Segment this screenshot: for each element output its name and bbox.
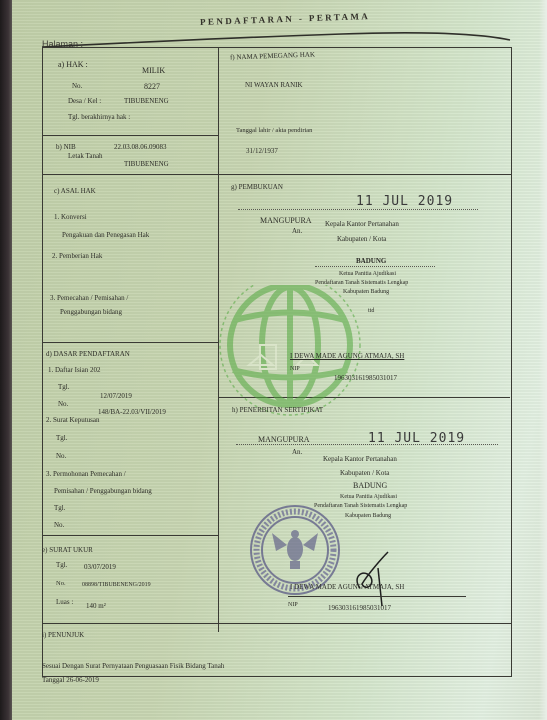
divider-row-i bbox=[42, 623, 512, 624]
pembukuan-an: An. bbox=[292, 227, 302, 235]
asal-konversi-value: Pengakuan dan Penegasan Hak bbox=[62, 231, 149, 239]
dasar-heading: d) DASAR PENDAFTARAN bbox=[46, 350, 130, 358]
nib-value: 22.03.08.06.09083 bbox=[114, 143, 167, 151]
pembukuan-official-name: I DEWA MADE AGUNG ATMAJA, SH bbox=[290, 352, 404, 360]
keputusan-tgl-label: Tgl. bbox=[56, 434, 67, 442]
penerbitan-kabupaten: BADUNG bbox=[353, 481, 387, 490]
penerbitan-ketua-line1: Ketua Panitia Ajudikasi bbox=[340, 494, 397, 500]
pembukuan-ketua-line2: Pendaftaran Tanah Sistematis Lengkap bbox=[315, 280, 408, 286]
asal-item-pemberian: 2. Pemberian Hak bbox=[52, 252, 102, 260]
pembukuan-dotted-line bbox=[238, 209, 478, 210]
penerbitan-an: An. bbox=[292, 448, 302, 456]
hak-no-label: No. bbox=[72, 82, 82, 90]
letak-label: Letak Tanah bbox=[68, 152, 103, 160]
keputusan-no-label: No. bbox=[56, 452, 66, 460]
penunjuk-heading: i) PENUNJUK bbox=[42, 631, 84, 639]
penerbitan-heading: h) PENERBITAN SERTIPIKAT bbox=[232, 406, 323, 414]
hak-heading: a) HAK : bbox=[58, 60, 88, 69]
penunjuk-line2: Tanggal 26-06-2019 bbox=[42, 676, 99, 684]
surat-ukur-no-label: No. bbox=[56, 580, 66, 587]
pembukuan-office-line1: Kepala Kantor Pertanahan bbox=[325, 220, 399, 228]
tgl-berakhir-label: Tgl. berakhirnya hak : bbox=[68, 113, 130, 121]
surat-ukur-no-value: 08898/TIBUBENENG/2019 bbox=[82, 582, 151, 588]
penerbitan-office-line1: Kepala Kantor Pertanahan bbox=[323, 455, 397, 463]
daftar-tgl-label: Tgl. bbox=[58, 383, 69, 391]
daftar-no-label: No. bbox=[58, 400, 68, 408]
pembukuan-place: MANGUPURA bbox=[260, 216, 312, 225]
penerbitan-official-name: I DEWA MADE AGUNG ATMAJA, SH bbox=[290, 583, 404, 591]
pembukuan-nip-value: 196303161985031017 bbox=[334, 374, 397, 382]
luas-label: Luas : bbox=[56, 598, 73, 606]
asal-item-penggabungan: Penggabungan bidang bbox=[60, 308, 122, 316]
pembukuan-kabupaten: BADUNG bbox=[356, 257, 386, 265]
permohonan-tgl-label: Tgl. bbox=[54, 504, 65, 512]
daftar-isian: 1. Daftar Isian 202 bbox=[48, 366, 100, 374]
hak-value: MILIK bbox=[142, 66, 165, 75]
surat-ukur-tgl-value: 03/07/2019 bbox=[84, 563, 116, 571]
hak-no-value: 8227 bbox=[144, 82, 160, 91]
permohonan-line1: 3. Permohonan Pemecahan / bbox=[46, 470, 126, 478]
penerbitan-office-line2: Kabupaten / Kota bbox=[340, 469, 389, 477]
asal-item-konversi: 1. Konversi bbox=[54, 213, 87, 221]
pembukuan-office-line2: Kabupaten / Kota bbox=[337, 235, 386, 243]
surat-ukur-tgl-label: Tgl. bbox=[56, 561, 67, 569]
penerbitan-place: MANGUPURA bbox=[258, 435, 310, 444]
tgl-lahir-label: Tanggal lahir / akta pendirian bbox=[236, 127, 312, 134]
penerbitan-nip-value: 196303161985031017 bbox=[328, 604, 391, 612]
permohonan-no-label: No. bbox=[54, 521, 64, 529]
tgl-lahir-value: 31/12/1937 bbox=[246, 147, 278, 155]
divider-a-b bbox=[42, 135, 218, 136]
signature-line bbox=[288, 596, 466, 597]
divider-c-d bbox=[42, 342, 218, 343]
pembukuan-ttd: ttd bbox=[368, 308, 374, 314]
luas-value: 140 m² bbox=[86, 602, 106, 610]
desa-value: TIBUBENENG bbox=[124, 97, 169, 105]
letak-value: TIBUBENENG bbox=[124, 160, 169, 168]
penerbitan-nip-label: NIP bbox=[288, 602, 298, 608]
penerbitan-dotted-line bbox=[236, 444, 498, 445]
divider-row1 bbox=[42, 174, 512, 175]
asal-hak-heading: c) ASAL HAK bbox=[54, 187, 96, 195]
penunjuk-line1: Sesuai Dengan Surat Pernyataan Penguasaa… bbox=[42, 662, 224, 670]
page-edge bbox=[539, 0, 547, 720]
pembukuan-ketua-line1: Ketua Panitia Ajudikasi bbox=[339, 271, 396, 277]
pembukuan-date-stamp: 11 JUL 2019 bbox=[356, 194, 453, 209]
asal-item-pemecahan: 3. Pemecahan / Pemisahan / bbox=[50, 294, 128, 302]
pembukuan-nip-label: NIP bbox=[290, 366, 300, 372]
pembukuan-heading: g) PEMBUKUAN bbox=[231, 183, 283, 191]
nib-heading: b) NIB bbox=[56, 143, 76, 151]
surat-ukur-heading: e) SURAT UKUR bbox=[42, 546, 93, 554]
surat-keputusan: 2. Surat Keputusan bbox=[46, 416, 99, 424]
pemegang-name: NI WAYAN RANIK bbox=[245, 81, 303, 89]
permohonan-line2: Pemisahan / Penggabungan bidang bbox=[54, 487, 152, 495]
signature-mark bbox=[348, 548, 408, 608]
pembukuan-ketua-line3: Kabupaten Badung bbox=[343, 289, 389, 295]
penerbitan-ketua-line3: Kabupaten Badung bbox=[345, 513, 391, 519]
divider-d-e bbox=[42, 535, 218, 536]
kabupaten-dotted-line bbox=[315, 266, 435, 267]
daftar-tgl-value: 12/07/2019 bbox=[100, 392, 132, 400]
desa-label: Desa / Kel : bbox=[68, 97, 101, 105]
daftar-no-value: 148/BA-22.03/VII/2019 bbox=[98, 408, 166, 416]
